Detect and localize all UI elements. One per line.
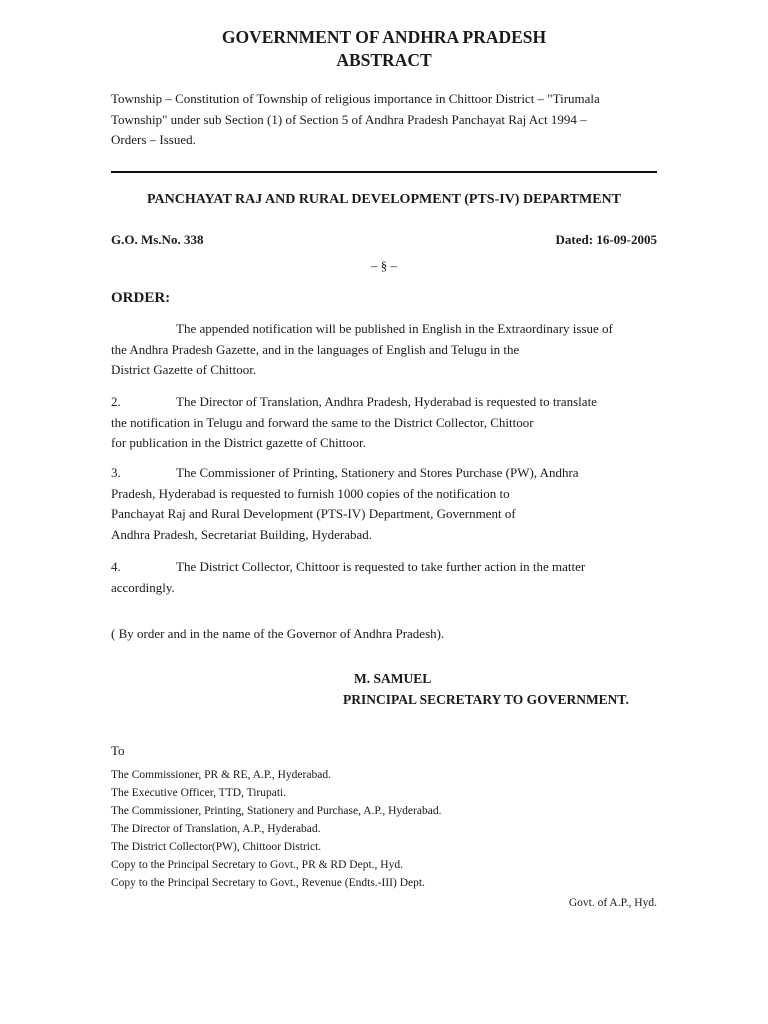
department-heading: PANCHAYAT RAJ AND RURAL DEVELOPMENT (PTS… <box>111 190 657 210</box>
recipient-item: Copy to the Principal Secretary to Govt.… <box>111 856 441 874</box>
paragraph-line: District Gazette of Chittoor. <box>111 360 671 381</box>
subject-line: Township – Constitution of Township of r… <box>111 89 657 110</box>
paragraph-line: Andhra Pradesh, Secretariat Building, Hy… <box>111 525 671 546</box>
subject-abstract: Township – Constitution of Township of r… <box>111 89 657 151</box>
recipient-item: The Executive Officer, TTD, Tirupati. <box>111 784 441 802</box>
order-paragraph-4: 4. The District Collector, Chittoor is r… <box>111 557 671 598</box>
paragraph-number: 2. <box>111 392 121 413</box>
go-number: G.O. Ms.No. 338 <box>111 230 203 250</box>
paragraph-line: The District Collector, Chittoor is requ… <box>176 559 585 574</box>
order-heading: ORDER: <box>111 287 170 309</box>
recipient-item: The Commissioner, Printing, Stationery a… <box>111 802 441 820</box>
paragraph-number: 4. <box>111 557 121 578</box>
paragraph-first-line: 3. The Commissioner of Printing, Station… <box>111 463 671 484</box>
signatory-name: M. SAMUEL <box>354 669 431 689</box>
paragraph-line: the Andhra Pradesh Gazette, and in the l… <box>111 340 671 361</box>
signatory-title: PRINCIPAL SECRETARY TO GOVERNMENT. <box>343 690 629 710</box>
to-label: To <box>111 741 125 761</box>
abstract-heading: ABSTRACT <box>111 49 657 71</box>
horizontal-divider <box>111 171 657 173</box>
recipient-item: The District Collector(PW), Chittoor Dis… <box>111 838 441 856</box>
order-paragraph-3: 3. The Commissioner of Printing, Station… <box>111 463 671 545</box>
government-heading: GOVERNMENT OF ANDHRA PRADESH <box>111 26 657 48</box>
paragraph-line: The Director of Translation, Andhra Prad… <box>176 394 597 409</box>
go-date: Dated: 16-09-2005 <box>556 230 657 250</box>
paragraph-number: 3. <box>111 463 121 484</box>
subject-line: Orders – Issued. <box>111 130 657 151</box>
paragraph-line: for publication in the District gazette … <box>111 433 671 454</box>
paragraph-line: the notification in Telugu and forward t… <box>111 413 671 434</box>
order-paragraph-1: The appended notification will be publis… <box>111 319 671 381</box>
paragraph-line: accordingly. <box>111 578 671 599</box>
recipient-item: The Commissioner, PR & RE, A.P., Hyderab… <box>111 766 441 784</box>
recipient-list: The Commissioner, PR & RE, A.P., Hyderab… <box>111 766 441 892</box>
paragraph-line: The Commissioner of Printing, Stationery… <box>176 465 579 480</box>
subject-line: Township" under sub Section (1) of Secti… <box>111 110 657 131</box>
order-paragraph-2: 2. The Director of Translation, Andhra P… <box>111 392 671 454</box>
by-order-statement: ( By order and in the name of the Govern… <box>111 624 444 644</box>
paragraph-line: The appended notification will be publis… <box>111 319 671 340</box>
recipient-item: Copy to the Principal Secretary to Govt.… <box>111 874 441 892</box>
paragraph-first-line: 2. The Director of Translation, Andhra P… <box>111 392 671 413</box>
paragraph-first-line: 4. The District Collector, Chittoor is r… <box>111 557 671 578</box>
issuing-office: Govt. of A.P., Hyd. <box>569 894 657 912</box>
paragraph-line: Pradesh, Hyderabad is requested to furni… <box>111 484 671 505</box>
section-mark: – § – <box>111 256 657 276</box>
recipient-item: The Director of Translation, A.P., Hyder… <box>111 820 441 838</box>
paragraph-line: Panchayat Raj and Rural Development (PTS… <box>111 504 671 525</box>
